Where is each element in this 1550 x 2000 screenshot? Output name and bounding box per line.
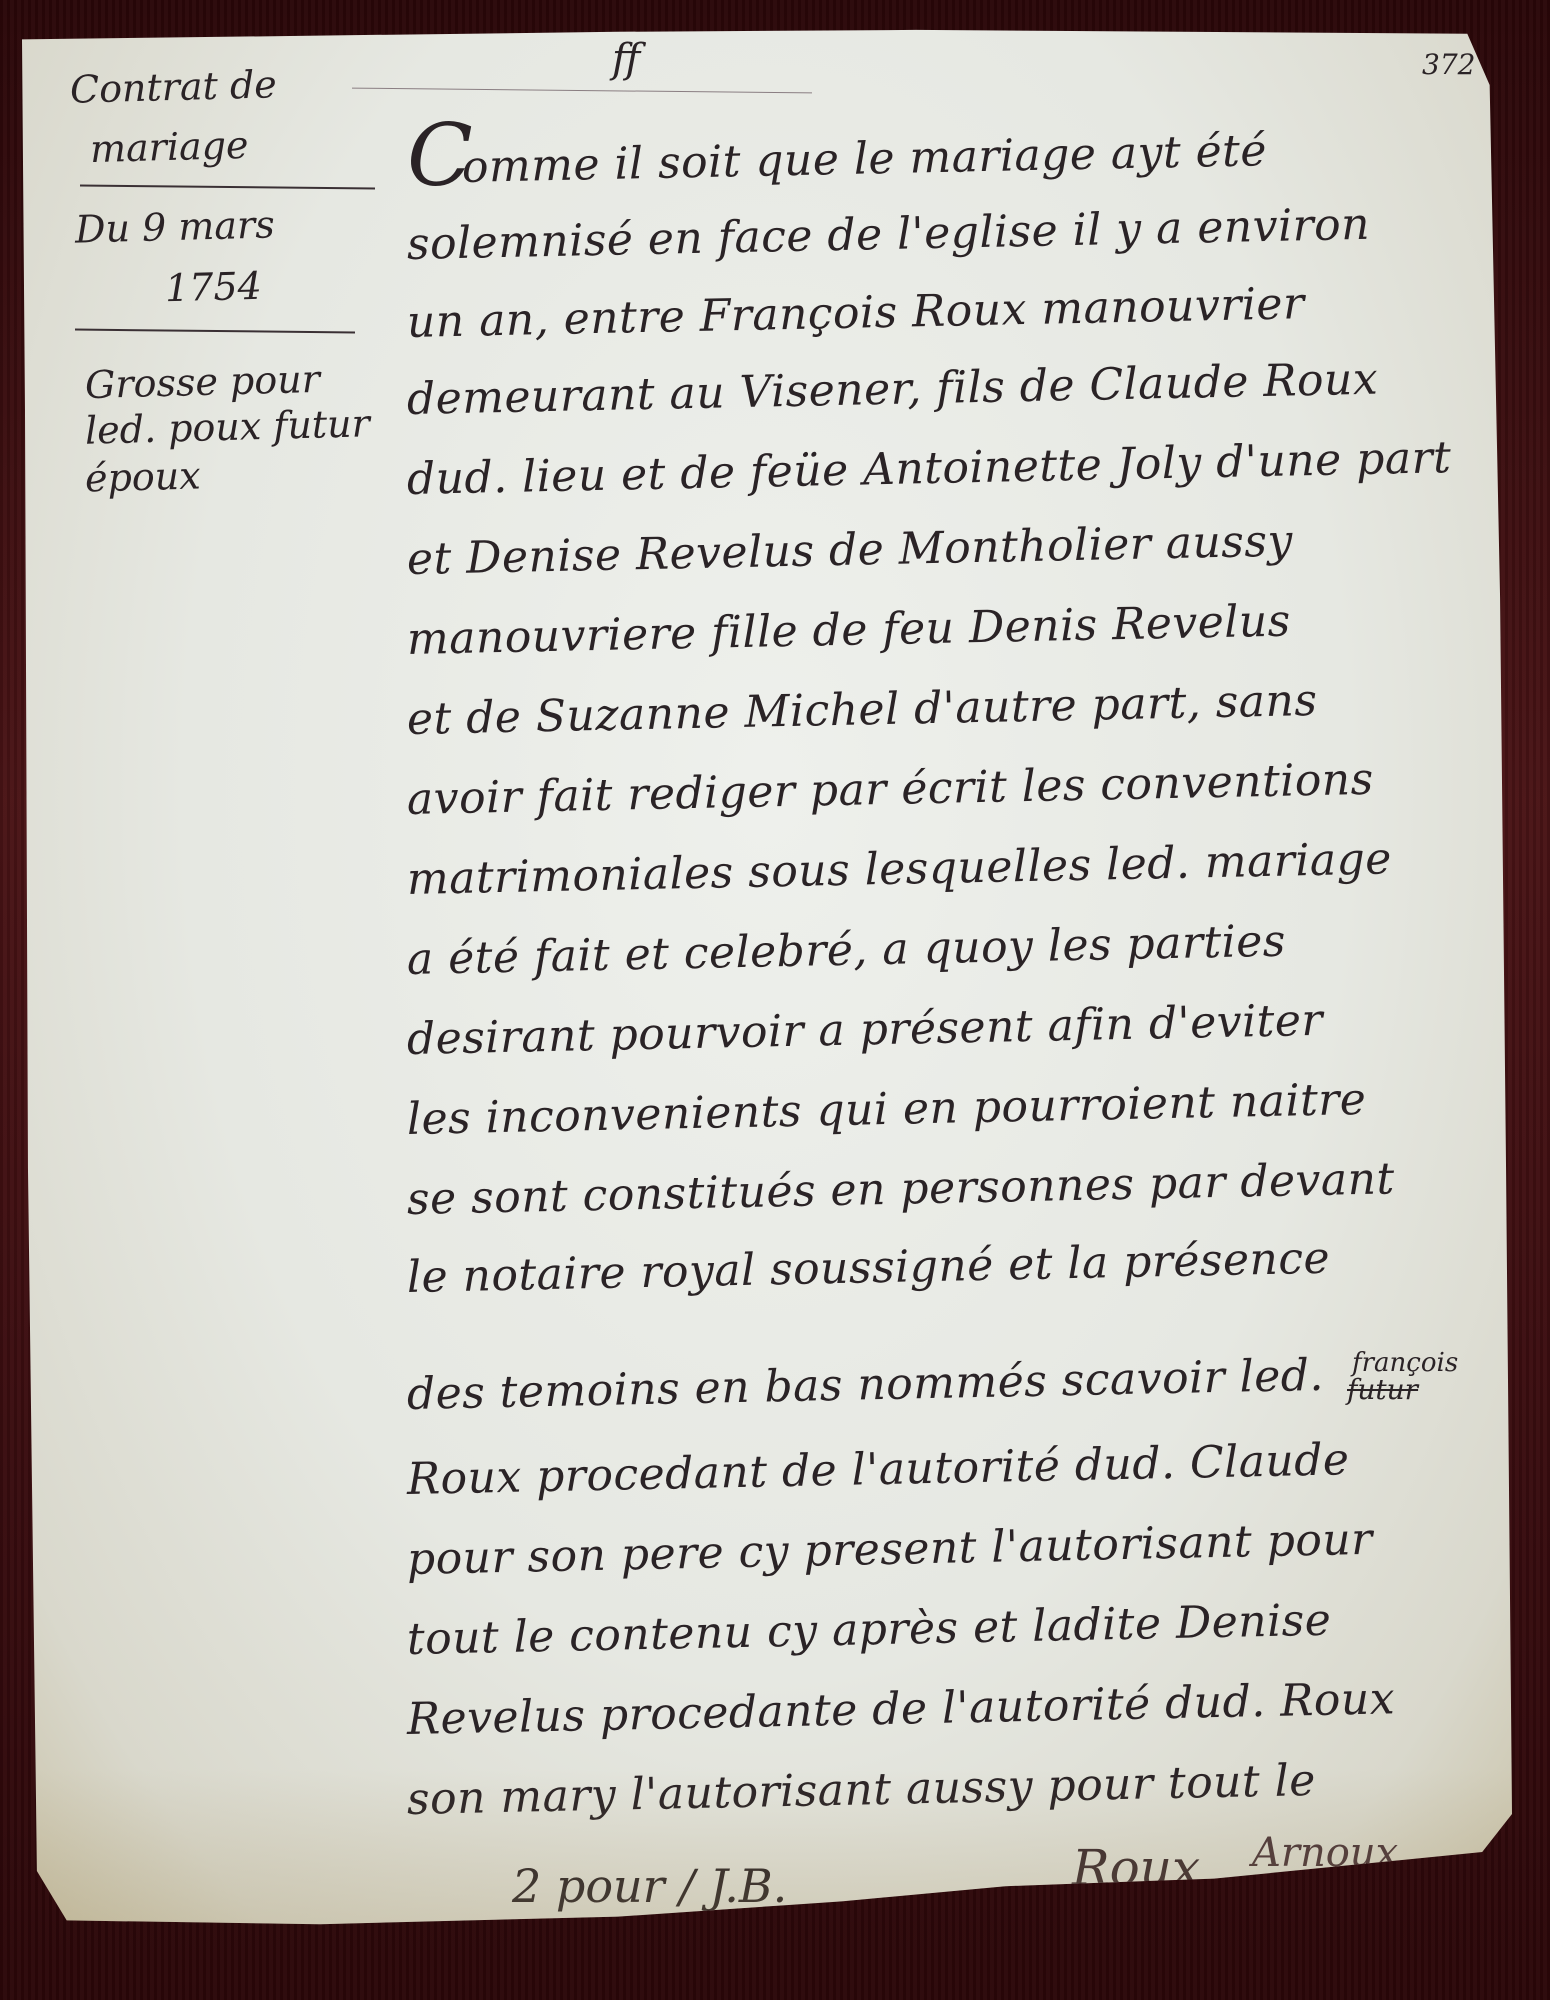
margin-title-line-1: Contrat de [70,65,278,108]
margin-rule-1 [80,184,375,189]
body-line-4: demeurant au Visener, fils de Claude Rou… [407,358,1379,422]
margin-note-line-1: Grosse pour [85,360,321,404]
body-line-11: a été fait et celebré, a quoy les partie… [407,920,1287,982]
body-line-17: Roux procedant de l'autorité dud. Claude [407,1438,1350,1502]
body-line-14: se sont constitués en personnes par deva… [407,1157,1396,1222]
body-line-3: un an, entre François Roux manouvrier [407,282,1305,345]
body-line-8: et de Suzanne Michel d'autre part, sans [407,679,1318,742]
margin-date-line-2: 1754 [165,267,263,308]
body-line-2: solemnisé en face de l'eglise il y a env… [407,203,1371,267]
body-line-19: tout le contenu cy après et ladite Denis… [407,1599,1332,1662]
margin-date-line-1: Du 9 mars [75,205,276,248]
body-line-1: omme il soit que le mariage ayt été [462,129,1268,190]
body-line-6: et Denise Revelus de Montholier aussy [407,519,1294,582]
folio-number: 372 [1422,48,1475,81]
struck-word: futur [1347,1373,1418,1406]
margin-rule-2 [75,329,355,334]
body-line-7: manouvriere fille de feu Denis Revelus [407,599,1292,662]
margin-title-line-2: mariage [90,126,249,168]
body-line-21: son mary l'autorisant aussy pour tout le [407,1759,1317,1822]
fee-note: 2 pour / J.B. [512,1863,787,1909]
margin-note-line-2: led. poux futur [85,404,371,449]
body-line-16: des temoins en bas nommés scavoir led. [407,1354,1325,1417]
top-mark: ff [612,36,640,82]
manuscript-page: ff 372 Contrat de mariage Du 9 mars 1754… [22,28,1512,1928]
body-line-20: Revelus procedante de l'autorité dud. Ro… [407,1677,1396,1742]
body-line-9: avoir fait rediger par écrit les convent… [407,758,1375,822]
top-rule [352,88,812,94]
body-line-12: desirant pourvoir a présent afin d'evite… [407,999,1324,1062]
body-line-18: pour son pere cy present l'autorisant po… [407,1518,1374,1582]
body-line-13: les inconvenients qui en pourroient nait… [407,1078,1367,1142]
body-line-10: matrimoniales sous lesquelles led. maria… [407,837,1393,902]
margin-note-line-3: époux [85,456,202,497]
body-line-5: dud. lieu et de feüe Antoinette Joly d'u… [407,436,1452,502]
body-line-15: le notaire royal soussigné et la présenc… [407,1237,1331,1300]
